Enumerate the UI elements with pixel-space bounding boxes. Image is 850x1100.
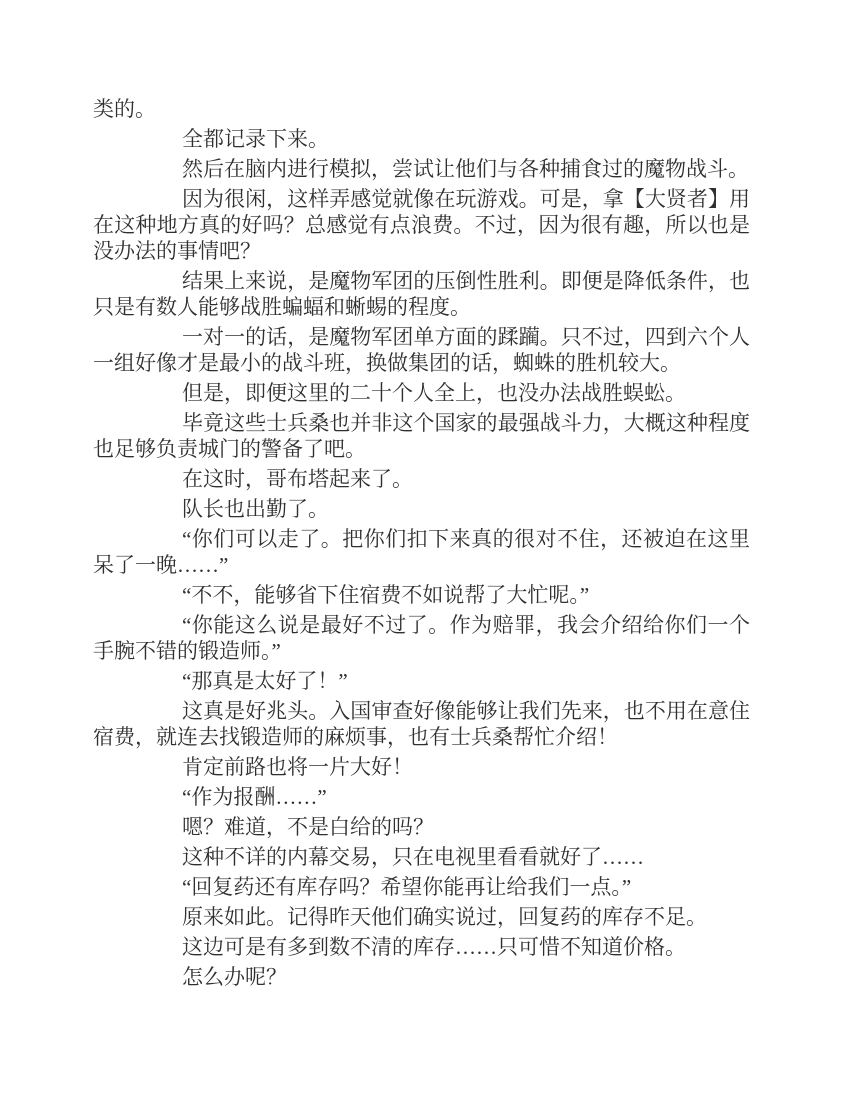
paragraph: “不不，能够省下住宿费不如说帮了大忙呢。” — [93, 582, 750, 608]
paragraph: 因为很闲，这样弄感觉就像在玩游戏。可是，拿【大贤者】用在这种地方真的好吗？总感觉… — [93, 186, 750, 264]
paragraph: 怎么办呢？ — [93, 964, 750, 990]
paragraph: “你们可以走了。把你们扣下来真的很对不住，还被迫在这里呆了一晚……” — [93, 526, 750, 578]
paragraph: 但是，即便这里的二十个人全上，也没办法战胜蜈蚣。 — [93, 380, 750, 406]
paragraph: 然后在脑内进行模拟，尝试让他们与各种捕食过的魔物战斗。 — [93, 156, 750, 182]
paragraph: 毕竟这些士兵桑也并非这个国家的最强战斗力，大概这种程度也足够负责城门的警备了吧。 — [93, 410, 750, 462]
paragraph: 这边可是有多到数不清的库存……只可惜不知道价格。 — [93, 934, 750, 960]
paragraph: “作为报酬……” — [93, 784, 750, 810]
novel-page: 类的。全都记录下来。然后在脑内进行模拟，尝试让他们与各种捕食过的魔物战斗。因为很… — [0, 0, 850, 1100]
paragraph: “那真是太好了！” — [93, 668, 750, 694]
paragraph: 这种不详的内幕交易，只在电视里看看就好了…… — [93, 844, 750, 870]
paragraph: 肯定前路也将一片大好！ — [93, 754, 750, 780]
paragraph: 队长也出勤了。 — [93, 496, 750, 522]
paragraph: 原来如此。记得昨天他们确实说过，回复药的库存不足。 — [93, 904, 750, 930]
paragraph: 这真是好兆头。入国审查好像能够让我们先来，也不用在意住宿费，就连去找锻造师的麻烦… — [93, 698, 750, 750]
paragraph: 全都记录下来。 — [93, 126, 750, 152]
paragraph: “你能这么说是最好不过了。作为赔罪，我会介绍给你们一个手腕不错的锻造师。” — [93, 612, 750, 664]
paragraph: 一对一的话，是魔物军团单方面的蹂躏。只不过，四到六个人一组好像才是最小的战斗班，… — [93, 324, 750, 376]
paragraph: 类的。 — [93, 96, 750, 122]
paragraph: 在这时，哥布塔起来了。 — [93, 466, 750, 492]
novel-text-block: 类的。全都记录下来。然后在脑内进行模拟，尝试让他们与各种捕食过的魔物战斗。因为很… — [93, 96, 750, 990]
paragraph: 嗯？难道，不是白给的吗？ — [93, 814, 750, 840]
paragraph: 结果上来说，是魔物军团的压倒性胜利。即便是降低条件，也只是有数人能够战胜蝙蝠和蜥… — [93, 268, 750, 320]
paragraph: “回复药还有库存吗？希望你能再让给我们一点。” — [93, 874, 750, 900]
